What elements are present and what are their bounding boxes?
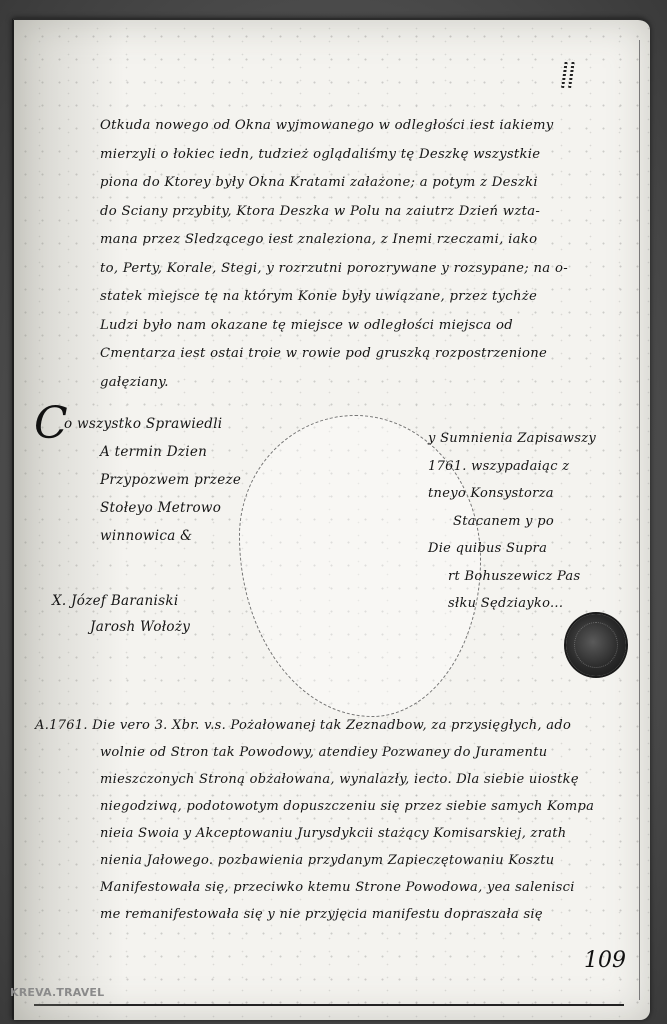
text-line: rt Bohuszewicz Pas	[428, 563, 596, 591]
text-line: statek miejsce tę na którym Konie były u…	[100, 283, 568, 312]
paragraph-top: Otkuda nowego od Okna wyjmowanego w odle…	[100, 112, 568, 397]
text-line: nienia Jałowego. pozbawienia przydanym Z…	[35, 847, 594, 874]
text-line: o wszystko Sprawiedli	[50, 410, 241, 438]
wax-seal-icon	[566, 614, 626, 676]
text-line: Ludzi było nam okazane tę miejsce w odle…	[100, 312, 568, 341]
watermark-text: KREVA.TRAVEL	[10, 986, 104, 999]
text-line: mieszczonych Stroną obżałowana, wynalazł…	[35, 766, 594, 793]
text-line: słku Sędziayko...	[428, 590, 596, 618]
text-line: winnowica &	[50, 522, 241, 550]
text-line: y Sumnienia Zapisawszy	[428, 425, 596, 453]
text-line: Cmentarza iest ostai troie w rowie pod g…	[100, 340, 568, 369]
margin-note-left: o wszystko Sprawiedli A termin Dzien Prz…	[50, 410, 241, 550]
text-line: Otkuda nowego od Okna wyjmowanego w odle…	[100, 112, 568, 141]
signature-line: X. Józef Baraniski	[52, 588, 190, 614]
signatures: X. Józef Baraniski Jarosh Wołoży	[52, 588, 190, 640]
text-line: Przypozwem przeze	[50, 466, 241, 494]
text-line: wolnie od Stron tak Powodowy, atendiey P…	[35, 739, 594, 766]
text-line: piona do Ktorey były Okna Kratami załażo…	[100, 169, 568, 198]
text-line: Stacanem y po	[428, 508, 596, 536]
text-line: me remanifestowała się y nie przyjęcia m…	[35, 901, 594, 928]
text-line: Stołeyo Metrowo	[50, 494, 241, 522]
text-line: 1761. wszypadaiąc z	[428, 453, 596, 481]
text-line: tneyo Konsystorza	[428, 480, 596, 508]
text-line: nieia Swoia y Akceptowaniu Jurysdykcii s…	[35, 820, 594, 847]
text-line: mana przez Sledzącego iest znaleziona, z…	[100, 226, 568, 255]
text-line: gałęziany.	[100, 369, 568, 398]
signature-line: Jarosh Wołoży	[52, 614, 190, 640]
text-line: niegodziwą, podotowotym dopuszczeniu się…	[35, 793, 594, 820]
text-line: Die quibus Supra	[428, 535, 596, 563]
paragraph-bottom: A.1761. Die vero 3. Xbr. v.s. Pożałowane…	[35, 712, 594, 928]
text-line: A termin Dzien	[50, 438, 241, 466]
text-line: to, Perty, Korale, Stegi, y rozrzutni po…	[100, 255, 568, 284]
margin-note-right: y Sumnienia Zapisawszy 1761. wszypadaiąc…	[428, 425, 596, 618]
page-bottom-edge	[34, 1004, 624, 1006]
pencil-marks-icon	[563, 60, 583, 90]
page-edge-rule	[639, 40, 640, 1000]
text-line: A.1761. Die vero 3. Xbr. v.s. Pożałowane…	[35, 712, 594, 739]
text-line: mierzyli o łokiec iedn, tudzież oglądali…	[100, 141, 568, 170]
text-line: do Sciany przybity, Ktora Deszka w Polu …	[100, 198, 568, 227]
folio-number: 109	[584, 948, 626, 973]
text-line: Manifestowała się, przeciwko ktemu Stron…	[35, 874, 594, 901]
